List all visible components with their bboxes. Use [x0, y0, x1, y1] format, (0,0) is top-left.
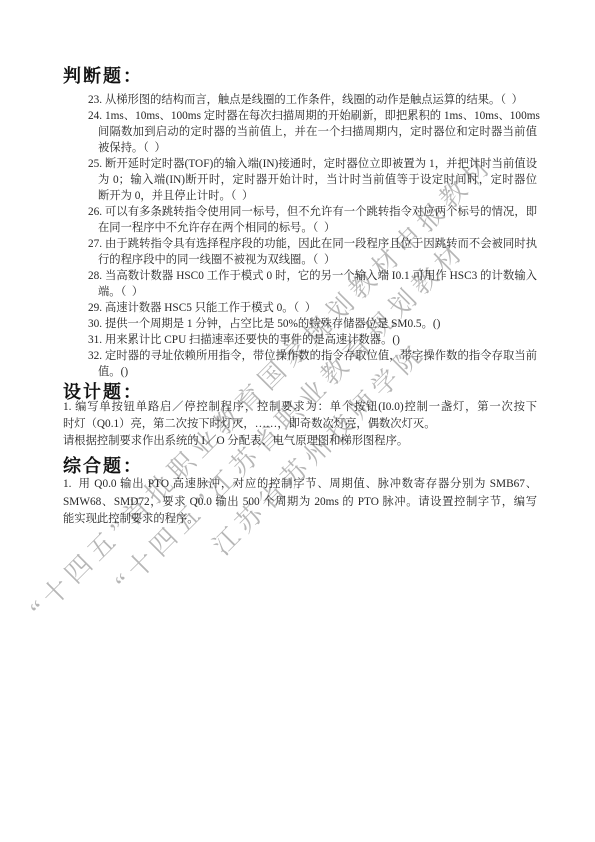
question-line: 端。（ ）: [98, 284, 537, 300]
question-line: 31. 用来累计比 CPU 扫描速率还要快的事件的是高速计数器。(): [98, 332, 537, 348]
question-line: 27. 由于跳转指令具有选择程序段的功能，因此在同一段程序且位于因跳转而不会被同…: [98, 236, 537, 252]
question-line: 29. 高速计数器 HSC5 只能工作于模式 0。（ ）: [98, 300, 537, 316]
section-title-judgement: 判断题：: [63, 62, 143, 88]
comprehensive-paragraphs: 1. 用 Q0.0 输出 PTO 高速脉冲，对应的控制字节、周期值、脉冲数寄存器…: [63, 476, 537, 529]
section-title-comprehensive: 综合题：: [63, 452, 143, 478]
question-item: 27. 由于跳转指令具有选择程序段的功能，因此在同一段程序且位于因跳转而不会被同…: [88, 236, 537, 268]
question-line: 行的程序段中的同一线圈不被视为双线圈。（ ）: [98, 252, 537, 268]
question-line: 为 0；输入端(IN)断开时，定时器开始计时，当计时当前值等于设定时间时，定时器…: [98, 172, 537, 188]
question-item: 26. 可以有多条跳转指令使用同一标号，但不允许有一个跳转指令对应两个标号的情况…: [88, 204, 537, 236]
question-item: 29. 高速计数器 HSC5 只能工作于模式 0。（ ）: [88, 300, 537, 316]
question-item: 32. 定时器的寻址依赖所用指令，带位操作数的指令存取位值，带字操作数的指令存取…: [88, 348, 537, 380]
question-item: 31. 用来累计比 CPU 扫描速率还要快的事件的是高速计数器。(): [88, 332, 537, 348]
question-line: 26. 可以有多条跳转指令使用同一标号，但不允许有一个跳转指令对应两个标号的情况…: [98, 204, 537, 220]
question-line: 值。(): [98, 364, 537, 380]
question-item: 25. 断开延时定时器(TOF)的输入端(IN)接通时，定时器位立即被置为 1，…: [88, 156, 537, 204]
question-item: 24. 1ms、10ms、100ms 定时器在每次扫描周期的开始刷新，即把累积的…: [88, 108, 537, 156]
question-line: 28. 当高数计数器 HSC0 工作于模式 0 时，它的另一个输入端 I0.1 …: [98, 268, 537, 284]
question-line: 30. 提供一个周期是 1 分钟，占空比是 50%的特殊存储器位是 SM0.5。…: [98, 316, 537, 332]
comprehensive-line: SMW68、SMD72，要求 Q0.0 输出 500 个周期为 20ms 的 P…: [63, 494, 537, 512]
question-line: 被保持。（ ）: [98, 140, 537, 156]
question-item: 23. 从梯形图的结构而言，触点是线圈的工作条件，线圈的动作是触点运算的结果。（…: [88, 92, 537, 108]
document-page: “十四五”首批职业教育国家规划教材申报教材“十四五”江苏省职业教育规划教材江苏省…: [0, 0, 595, 842]
question-item: 28. 当高数计数器 HSC0 工作于模式 0 时，它的另一个输入端 I0.1 …: [88, 268, 537, 300]
comprehensive-line: 能实现此控制要求的程序。: [63, 511, 537, 529]
question-line: 断开为 0，并且停止计时。（ ）: [98, 188, 537, 204]
design-paragraphs: 1. 编写单按钮单路启／停控制程序，控制要求为：单个按钮(I0.0)控制一盏灯，…: [63, 399, 537, 451]
question-line: 在同一程序中不允许存在两个相同的标号。（ ）: [98, 220, 537, 236]
design-line: 时灯（Q0.1）亮，第二次按下时灯灭，……，即奇数次灯亮，偶数次灯灭。: [63, 416, 537, 433]
question-line: 间隔数加到启动的定时器的当前值上，并在一个扫描周期内，定时器位和定时器当前值: [98, 124, 537, 140]
question-line: 24. 1ms、10ms、100ms 定时器在每次扫描周期的开始刷新，即把累积的…: [98, 108, 537, 124]
comprehensive-line: 1. 用 Q0.0 输出 PTO 高速脉冲，对应的控制字节、周期值、脉冲数寄存器…: [63, 476, 537, 494]
judgement-list: 23. 从梯形图的结构而言，触点是线圈的工作条件，线圈的动作是触点运算的结果。（…: [88, 92, 537, 380]
question-line: 23. 从梯形图的结构而言，触点是线圈的工作条件，线圈的动作是触点运算的结果。（…: [98, 92, 537, 108]
text-layer: 判断题： 23. 从梯形图的结构而言，触点是线圈的工作条件，线圈的动作是触点运算…: [0, 0, 595, 842]
question-line: 25. 断开延时定时器(TOF)的输入端(IN)接通时，定时器位立即被置为 1，…: [98, 156, 537, 172]
design-line: 请根据控制要求作出系统的 I／O 分配表、电气原理图和梯形图程序。: [63, 433, 537, 450]
question-line: 32. 定时器的寻址依赖所用指令，带位操作数的指令存取位值，带字操作数的指令存取…: [98, 348, 537, 364]
design-line: 1. 编写单按钮单路启／停控制程序，控制要求为：单个按钮(I0.0)控制一盏灯，…: [63, 399, 537, 416]
question-item: 30. 提供一个周期是 1 分钟，占空比是 50%的特殊存储器位是 SM0.5。…: [88, 316, 537, 332]
